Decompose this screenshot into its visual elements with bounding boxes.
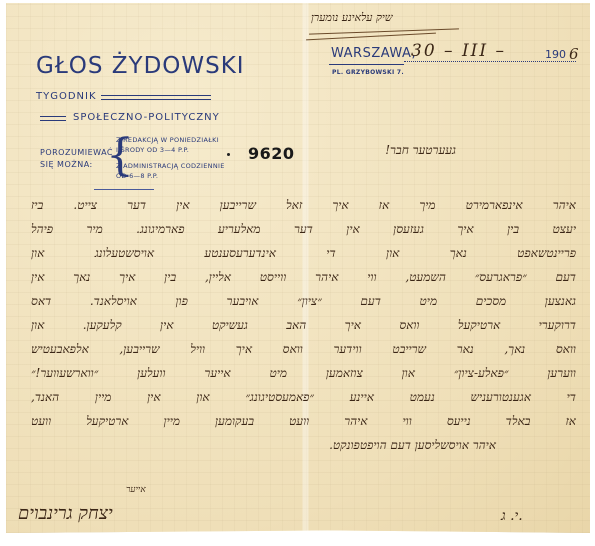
office-hours: Z REDAKCJĄ W PONIEDZIAŁKI I ŚRODY OD 3—4… bbox=[116, 135, 225, 181]
contact-label: POROZUMIEWAĆ SIĘ MOŻNA: bbox=[40, 147, 113, 171]
stamp-number: 9620 bbox=[248, 144, 295, 163]
signature: יצחק גרינבוים bbox=[18, 503, 113, 524]
underline bbox=[329, 64, 404, 65]
newspaper-subtitle: SPOŁECZNO-POLITYCZNY bbox=[73, 112, 220, 123]
contact-label-line: POROZUMIEWAĆ bbox=[40, 147, 113, 159]
body-line: דעם ״פראגרעס״ השמעט, ווי איהר ווייסט אלי… bbox=[31, 265, 576, 289]
date-dotted-line bbox=[404, 61, 576, 62]
newspaper-title: GŁOS ŻYDOWSKI bbox=[36, 53, 245, 79]
handwritten-year-digit: 6 bbox=[569, 45, 579, 63]
handwritten-note: שיק עלאינע נומערן bbox=[311, 11, 393, 24]
body-line: גאנצען מסכים מיט דעם ״ציון״ אויבער פון א… bbox=[31, 289, 576, 313]
city-label: WARSZAWA, bbox=[331, 46, 416, 61]
hours-line: Z REDAKCJĄ W PONIEDZIAŁKI bbox=[116, 135, 225, 145]
handwritten-date: 30 – III – bbox=[411, 41, 506, 61]
body-line: די אגענטורעניש נעמט איינע ״פאמעסטיגונג״ … bbox=[31, 385, 576, 409]
body-line: דרוקערי ארטיקעל וואס איך האב געשיקט אין … bbox=[31, 313, 576, 337]
closing: אייער bbox=[126, 484, 146, 495]
address: PL. GRZYBOWSKI 7. bbox=[332, 69, 404, 76]
body-line: ווערען ״פאלע-ציון״ און צוזאמען מיט אייער… bbox=[31, 361, 576, 385]
double-rule bbox=[101, 95, 211, 100]
body-line: פריינטשאפט נאך און די אינדערעסענטע אויסש… bbox=[31, 241, 576, 265]
body-line: וואס נאך, נאר שרייבט ווידער וואס איך ווי… bbox=[31, 337, 576, 361]
underline bbox=[94, 189, 154, 190]
greeting: געערטער חבר! bbox=[306, 143, 456, 158]
weekly-label: TYGODNIK bbox=[36, 91, 97, 102]
body-line: אז באלד נייעס ווי איהר וועט בעקומען מיין… bbox=[31, 409, 576, 433]
body-line: איהר אינפארמירט מיך אז איך זאל שרייבען א… bbox=[31, 193, 576, 217]
body-line: איהר אויסשליסען דעם הויפטפונקט. bbox=[31, 433, 576, 457]
body-line: יעצט בין איך געזעסן אין דער מאלעריע פארמ… bbox=[31, 217, 576, 241]
underline bbox=[309, 28, 459, 34]
ink-dot bbox=[227, 153, 230, 156]
hours-line: Z ADMINISTRACJĄ CODZIENNIE bbox=[116, 161, 225, 171]
initials: י. ג. bbox=[501, 508, 523, 525]
hours-line: OD 6—8 P.P. bbox=[116, 171, 225, 181]
letter-paper: GŁOS ŻYDOWSKI TYGODNIK SPOŁECZNO-POLITYC… bbox=[6, 3, 590, 533]
year-prefix: 190 bbox=[545, 48, 566, 61]
letter-body: איהר אינפארמירט מיך אז איך זאל שרייבען א… bbox=[31, 193, 576, 457]
hours-line: I ŚRODY OD 3—4 P.P. bbox=[116, 145, 225, 155]
double-rule bbox=[40, 116, 66, 121]
contact-label-line: SIĘ MOŻNA: bbox=[40, 159, 113, 171]
